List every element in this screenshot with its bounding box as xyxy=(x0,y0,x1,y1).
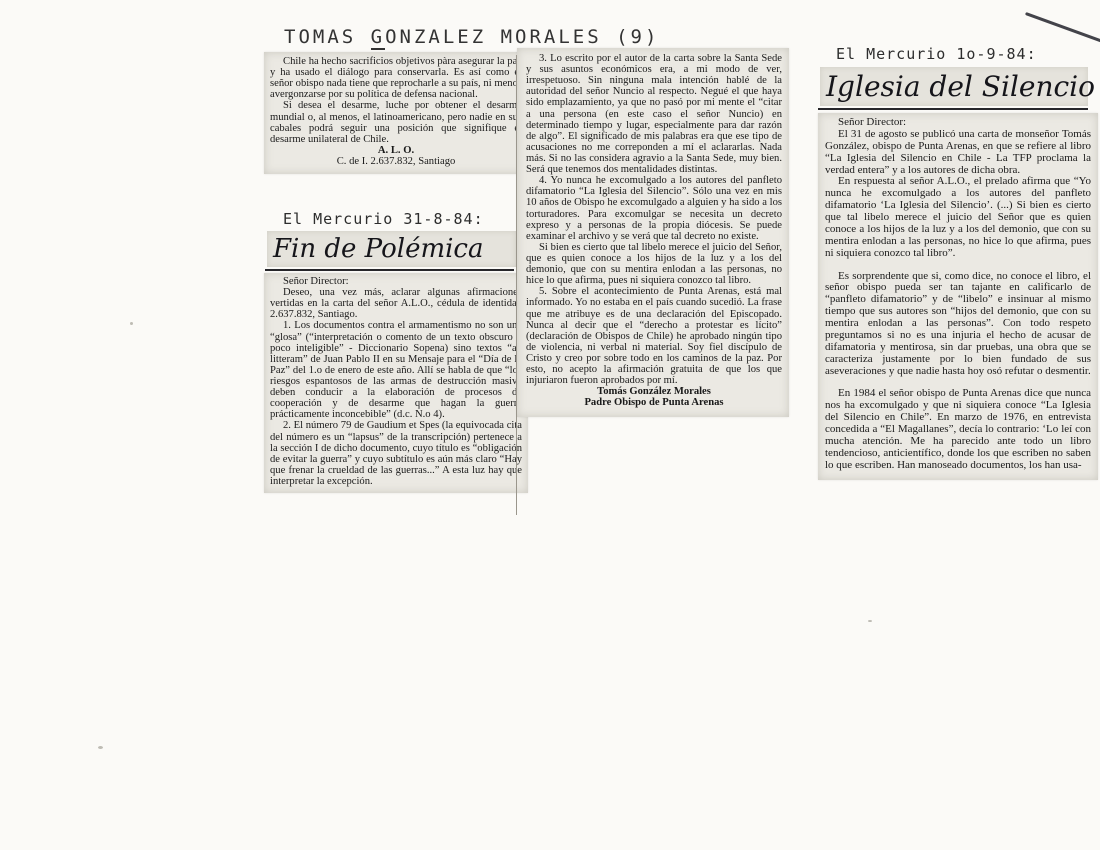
clipping-alo-letter: Chile ha hecho sacrificios objetivos pàr… xyxy=(264,52,528,174)
alo-paragraph: Chile ha hecho sacrificios objetivos pàr… xyxy=(270,56,522,100)
headline-iglesia-del-silencio: Iglesia del Silencio xyxy=(820,67,1088,106)
page-title-part1: TOMAS xyxy=(284,26,371,48)
letter-paragraph: 5. Sobre el acontecimiento de Punta Aren… xyxy=(526,286,782,386)
letter-signature-title: Padre Obispo de Punta Arenas xyxy=(526,397,782,408)
page-title-part2: ONZALEZ MORALES (9) xyxy=(385,26,659,48)
letter-paragraph: 4. Yo nunca he excomulgado a los autores… xyxy=(526,175,782,242)
headline-fin-de-polemica: Fin de Polémica xyxy=(267,231,516,267)
scan-speck xyxy=(868,620,872,622)
letter-signature-name: Tomás González Morales xyxy=(526,386,782,397)
alo-paragraph: Si desea el desarme, luche por obtener e… xyxy=(270,100,522,144)
pen-stroke-mark xyxy=(1025,12,1100,44)
letter-paragraph: En respuesta al señor A.L.O., el prelado… xyxy=(825,176,1091,259)
alo-signature-id: C. de I. 2.637.832, Santiago xyxy=(270,156,522,167)
letter-paragraph: 1. Los documentos contra el armamentismo… xyxy=(270,320,522,420)
scan-speck xyxy=(98,746,103,749)
clipping-middle-column: 3. Lo escrito por el autor de la carta s… xyxy=(517,48,789,417)
page-title-underlined-initial: G xyxy=(371,26,385,50)
letter-paragraph: Si bien es cierto que tal libelo merece … xyxy=(526,242,782,286)
letter-paragraph: 2. El número 79 de Gaudium et Spes (la e… xyxy=(270,420,522,487)
source-line-mercurio-31-8-84: El Mercurio 31-8-84: xyxy=(283,210,484,228)
letter-paragraph: 3. Lo escrito por el autor de la carta s… xyxy=(526,53,782,175)
page-title: TOMAS GONZALEZ MORALES (9) xyxy=(284,26,659,48)
headline-rule xyxy=(265,269,514,271)
letter-paragraph: En 1984 el señor obispo de Punta Arenas … xyxy=(825,388,1091,471)
letter-paragraph: El 31 de agosto se publicó una carta de … xyxy=(825,129,1091,177)
letter-paragraph: Deseo, una vez más, aclarar algunas afir… xyxy=(270,287,522,320)
letter-salutation: Señor Director: xyxy=(270,276,522,287)
letter-paragraph: Es sorprendente que si, como dice, no co… xyxy=(825,271,1091,378)
scan-speck xyxy=(130,322,133,325)
alo-signature-name: A. L. O. xyxy=(270,145,522,156)
headline-rule xyxy=(818,108,1088,110)
newspaper-column-rule xyxy=(516,55,517,515)
clipping-iglesia-del-silencio: Señor Director: El 31 de agosto se publi… xyxy=(818,113,1098,480)
source-line-mercurio-1-9-84: El Mercurio 1o-9-84: xyxy=(836,45,1037,63)
clipping-fin-de-polemica: Señor Director: Deseo, una vez más, acla… xyxy=(264,273,528,493)
